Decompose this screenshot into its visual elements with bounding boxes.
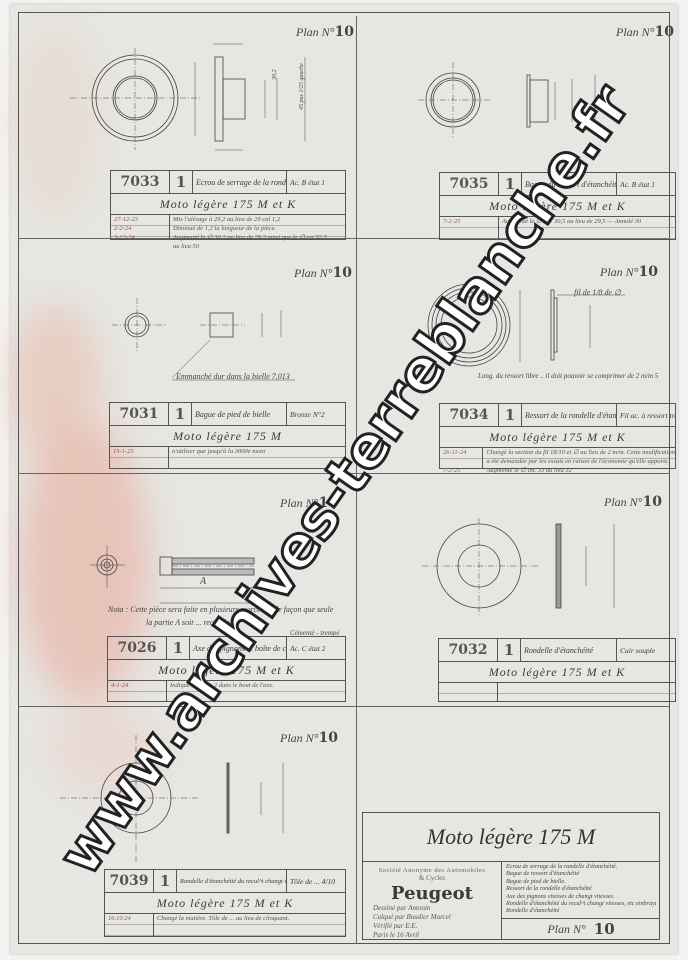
signature-traced: Calqué par Boudier Marcel [363,913,501,922]
part-material: Tôle de ... 4/10 [287,870,345,892]
parts-table-7039: 7039 1 Rondelle d'étanchéité du recul^t … [104,869,346,937]
parts-list-item: Rondelle d'étanchéité [506,907,656,914]
parts-list-item: Rondelle d'étanchéité du recul^t changt … [506,900,656,907]
company-name: Société Anonyme des Automobiles [363,867,501,874]
parts-list-item: Ecrou de serrage de la rondelle d'étanch… [506,863,656,870]
sheet-plan-number: Plan N°10 [502,919,660,939]
mod-note: Changé la matière. Tôle de ... au lieu d… [154,914,345,923]
parts-list-item: Bague de ressort d'étanchéité [506,870,656,877]
part-number: 7039 [105,870,154,892]
part-quantity: 1 [154,870,177,892]
part-model: Moto légère 175 M et K [105,893,345,914]
parts-list: Ecrou de serrage de la rondelle d'étanch… [502,861,660,919]
brand-logo: Peugeot [363,883,501,904]
parts-list-item: Bague de pied de bielle. [506,878,656,885]
title-block: Moto légère 175 M Société Anonyme des Au… [362,812,660,940]
sheet-title: Moto légère 175 M [363,813,659,862]
part-name: Rondelle d'étanchéité du recul^t changt … [177,870,287,892]
parts-list-item: Ressort de la rondelle d'étanchéité [506,885,656,892]
company-name-2: & Cycles [363,874,501,882]
parts-list-item: Axe des pignons vitesses de changt vites… [506,893,656,900]
mod-date: 16.10.24 [105,914,153,923]
signature-verified: Vérifié par E.E. [363,922,501,931]
company-block: Société Anonyme des Automobiles & Cycles… [363,861,502,939]
signature-drawn: Dessiné par Antonin [363,904,501,913]
signature-date: Paris le 16 Avril [363,931,501,940]
